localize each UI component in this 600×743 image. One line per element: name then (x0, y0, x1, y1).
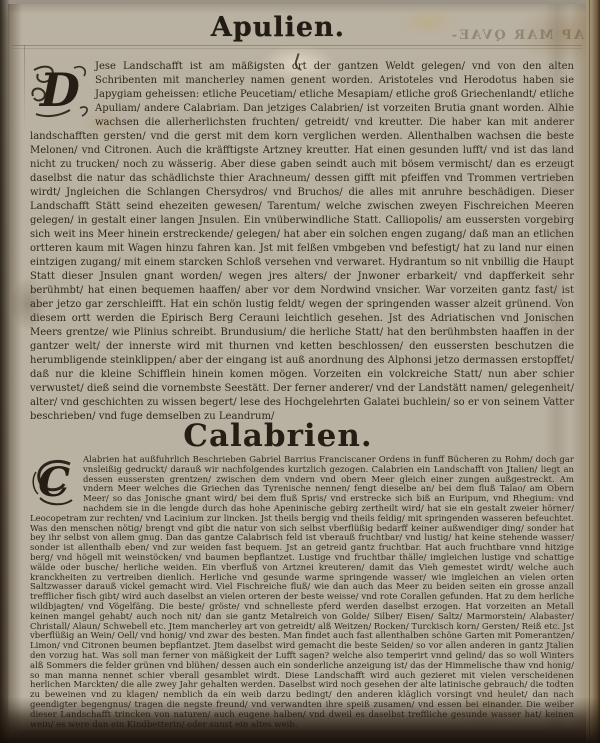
drop-cap-letter: D (30, 62, 90, 118)
drop-cap-initial-c: C (30, 458, 78, 508)
page-title: Apulien. (8, 12, 588, 43)
book-page-edges (586, 0, 600, 743)
showthrough-frame-corner (24, 45, 25, 135)
drop-cap-letter: C (30, 458, 78, 508)
calabrien-heading: Calabrien. (8, 418, 588, 454)
showthrough-frame-line-2 (12, 48, 582, 49)
drop-cap-initial-d: D (30, 62, 90, 118)
apulien-text: Jese Landschafft ist am mäßigsten ort de… (30, 61, 574, 422)
showthrough-frame-line (12, 45, 582, 46)
book-page: AP MAR QVAE- Apulien. D Jese Landschafft… (8, 4, 588, 730)
photo-backdrop: AP MAR QVAE- Apulien. D Jese Landschafft… (0, 0, 600, 743)
apulien-paragraph: D Jese Landschafft ist am mäßigsten ort … (30, 60, 574, 424)
calabrien-paragraph: C Alabrien hat außfuhrlich Beschrieben G… (30, 456, 574, 730)
calabrien-text: Alabrien hat außfuhrlich Beschrieben Gab… (30, 455, 574, 730)
